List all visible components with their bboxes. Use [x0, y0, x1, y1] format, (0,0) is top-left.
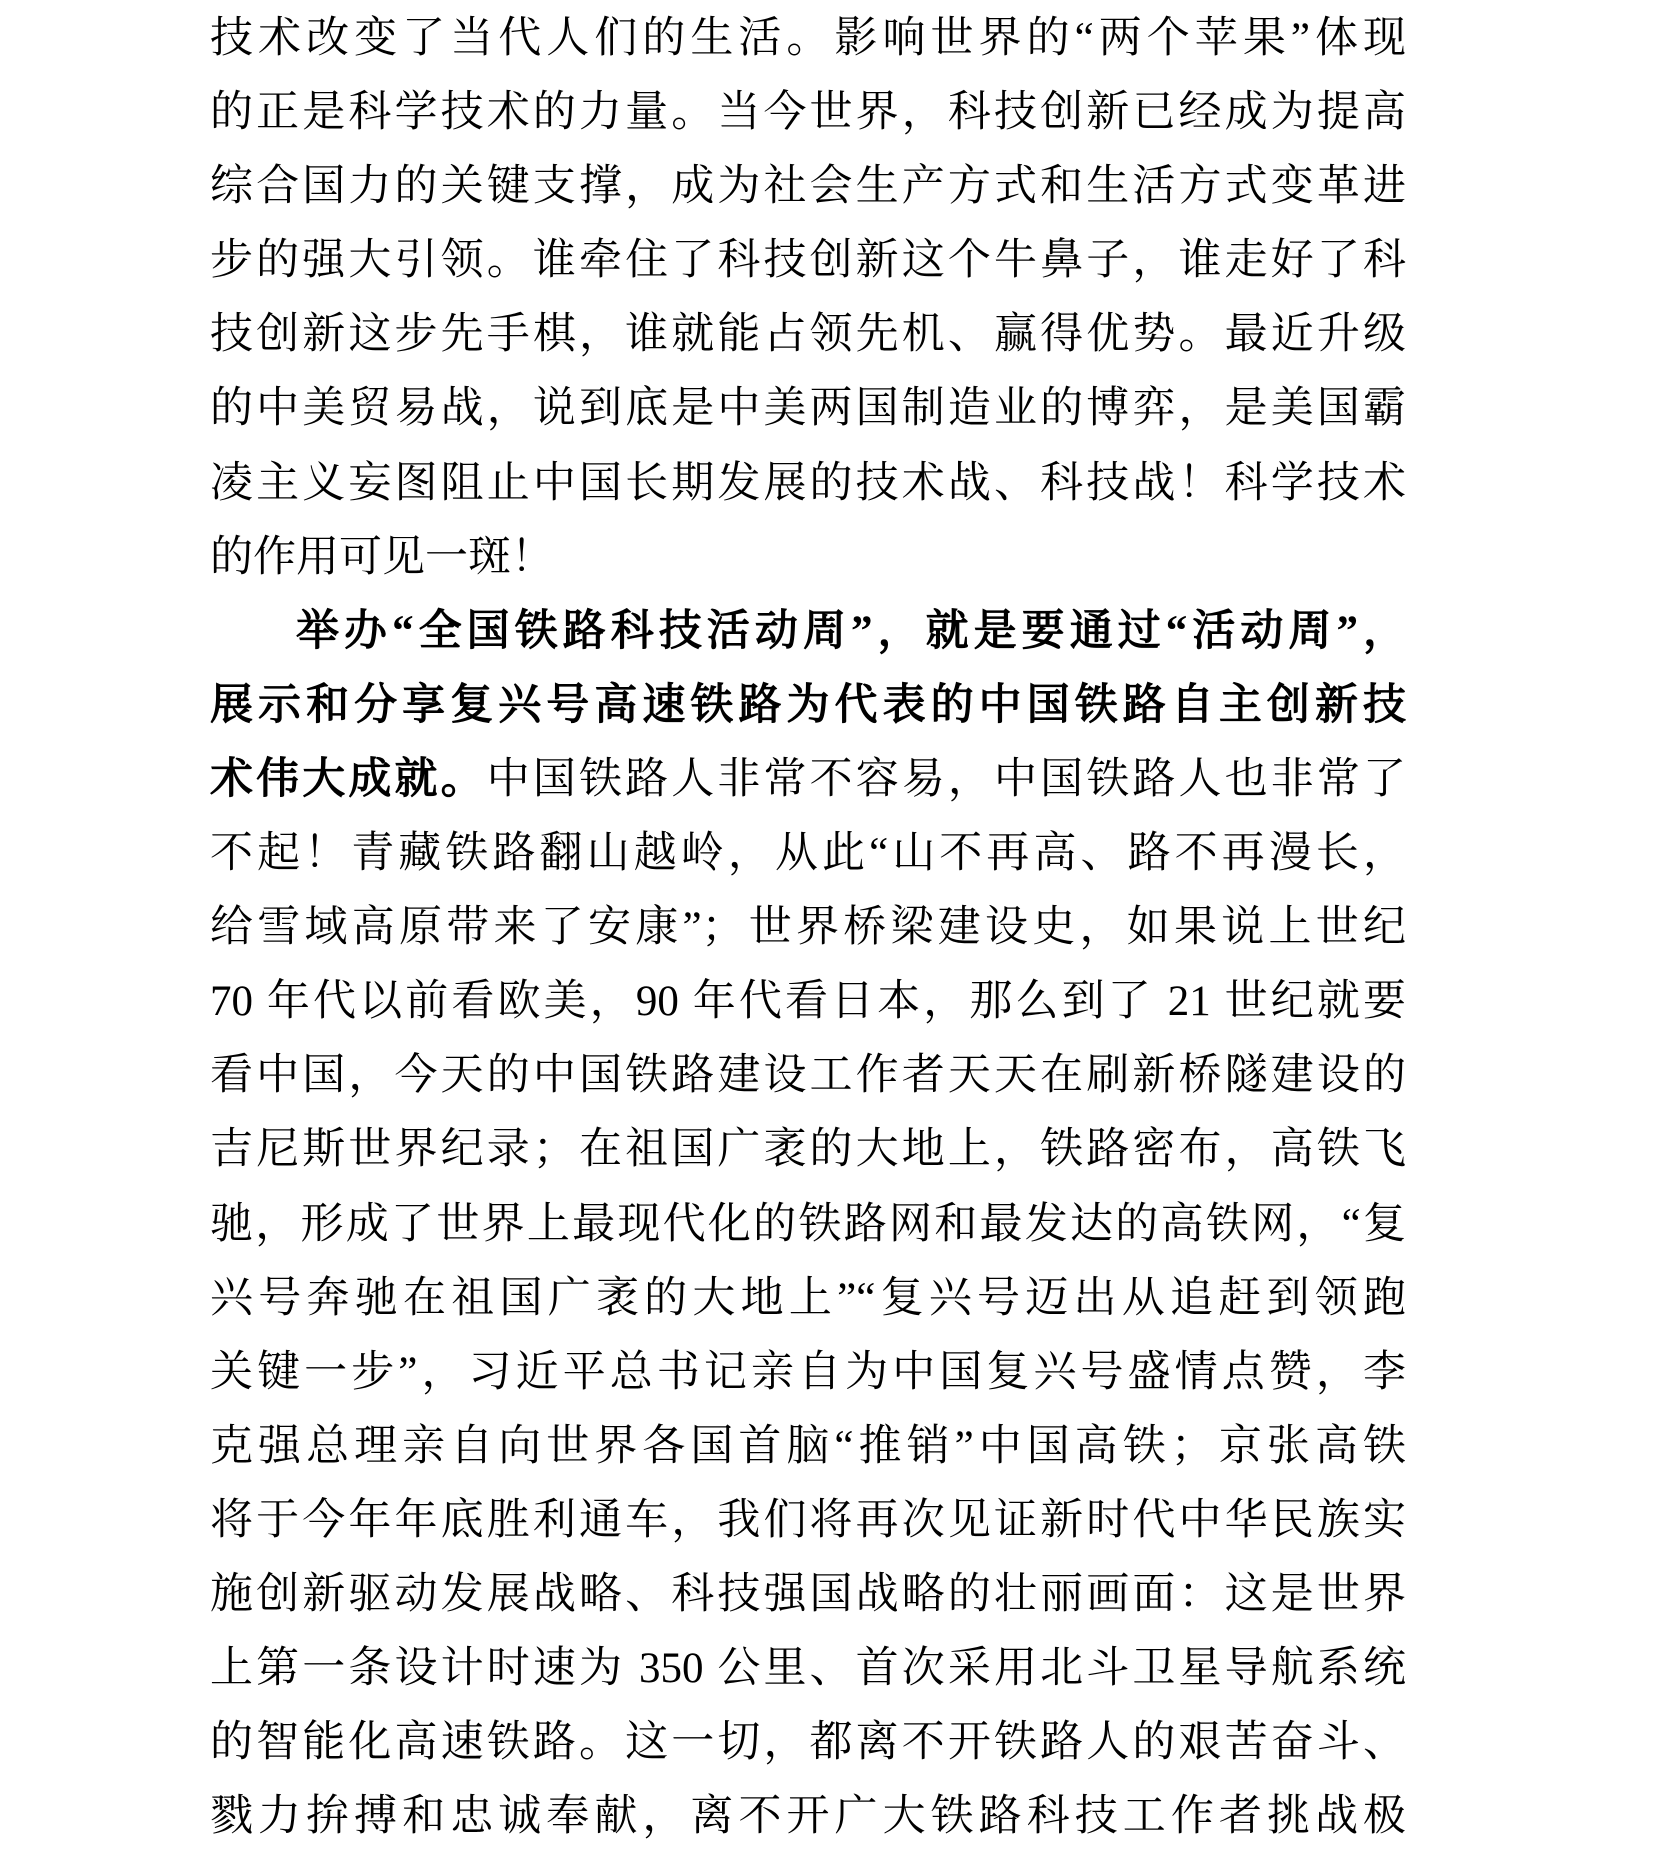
text-line-mixed: 术伟大成就。中国铁路人非常不容易，中国铁路人也非常了 [210, 743, 1406, 817]
text-line: 综合国力的关键支撑，成为社会生产方式和生活方式变革进 [210, 150, 1406, 224]
text-line: 关键一步”，习近平总书记亲自为中国复兴号盛情点赞，李 [210, 1336, 1406, 1410]
text-line: 克强总理亲自向世界各国首脑“推销”中国高铁；京张高铁 [210, 1410, 1406, 1484]
text-line-bold: 展示和分享复兴号高速铁路为代表的中国铁路自主创新技 [210, 669, 1406, 743]
text-line: 的作用可见一斑！ [210, 521, 1406, 595]
text-line: 给雪域高原带来了安康”；世界桥梁建设史，如果说上世纪 [210, 891, 1406, 965]
text-line: 的智能化高速铁路。这一切，都离不开铁路人的艰苦奋斗、 [210, 1706, 1406, 1780]
text-segment-bold: 术伟大成就。 [210, 756, 487, 803]
text-line: 将于今年年底胜利通车，我们将再次见证新时代中华民族实 [210, 1484, 1406, 1558]
text-line: 施创新驱动发展战略、科技强国战略的壮丽画面：这是世界 [210, 1558, 1406, 1632]
text-line: 不起！青藏铁路翻山越岭，从此“山不再高、路不再漫长， [210, 817, 1406, 891]
text-line: 上第一条设计时速为 350 公里、首次采用北斗卫星导航系统 [210, 1632, 1406, 1706]
text-line: 兴号奔驰在祖国广袤的大地上”“复兴号迈出从追赶到领跑 [210, 1262, 1406, 1336]
text-line: 驰，形成了世界上最现代化的铁路网和最发达的高铁网，“复 [210, 1188, 1406, 1262]
text-line: 技创新这步先手棋，谁就能占领先机、赢得优势。最近升级 [210, 298, 1406, 372]
text-line: 戮力拚搏和忠诚奉献，离不开广大铁路科技工作者挑战极 [210, 1780, 1406, 1854]
text-line: 的中美贸易战，说到底是中美两国制造业的博弈，是美国霸 [210, 372, 1406, 446]
text-line: 吉尼斯世界纪录；在祖国广袤的大地上，铁路密布，高铁飞 [210, 1113, 1406, 1187]
text-segment: 中国铁路人非常不容易，中国铁路人也非常了 [487, 756, 1406, 803]
text-line: 技术改变了当代人们的生活。影响世界的“两个苹果”体现 [210, 2, 1406, 76]
text-line: 看中国，今天的中国铁路建设工作者天天在刷新桥隧建设的 [210, 1039, 1406, 1113]
document-page: 技术改变了当代人们的生活。影响世界的“两个苹果”体现 的正是科学技术的力量。当今… [0, 0, 1654, 1855]
text-line: 凌主义妄图阻止中国长期发展的技术战、科技战！科学技术 [210, 447, 1406, 521]
text-line: 70 年代以前看欧美，90 年代看日本，那么到了 21 世纪就要 [210, 965, 1406, 1039]
text-line-bold-paragraph-start: 举办“全国铁路科技活动周”，就是要通过“活动周”， [210, 595, 1406, 669]
text-line: 步的强大引领。谁牵住了科技创新这个牛鼻子，谁走好了科 [210, 224, 1406, 298]
text-line: 的正是科学技术的力量。当今世界，科技创新已经成为提高 [210, 76, 1406, 150]
